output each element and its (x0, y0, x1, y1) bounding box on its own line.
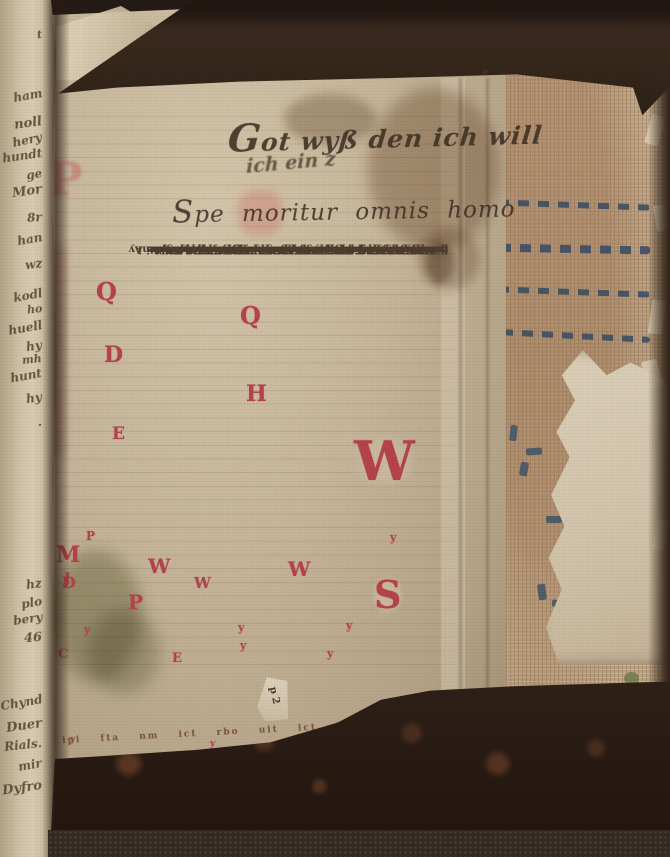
board-edge-bottom (48, 830, 670, 857)
latin-motto: Spe moritur omnis homo (172, 190, 453, 231)
board-edge-shadow (648, 80, 670, 720)
gothic-text-block: montibo gladii.bet Stalion dyemlin netts… (56, 242, 448, 670)
tab-label: p 2 (267, 686, 281, 705)
text-line: pe ustamone mam q ad ECede Addentila yam… (56, 242, 448, 256)
gutter-shadow (42, 0, 70, 857)
manuscript-photo: P Got wyß den ich will ich ein z Spe mor… (0, 0, 670, 857)
page-crease (459, 78, 462, 706)
page-crease (486, 78, 489, 706)
